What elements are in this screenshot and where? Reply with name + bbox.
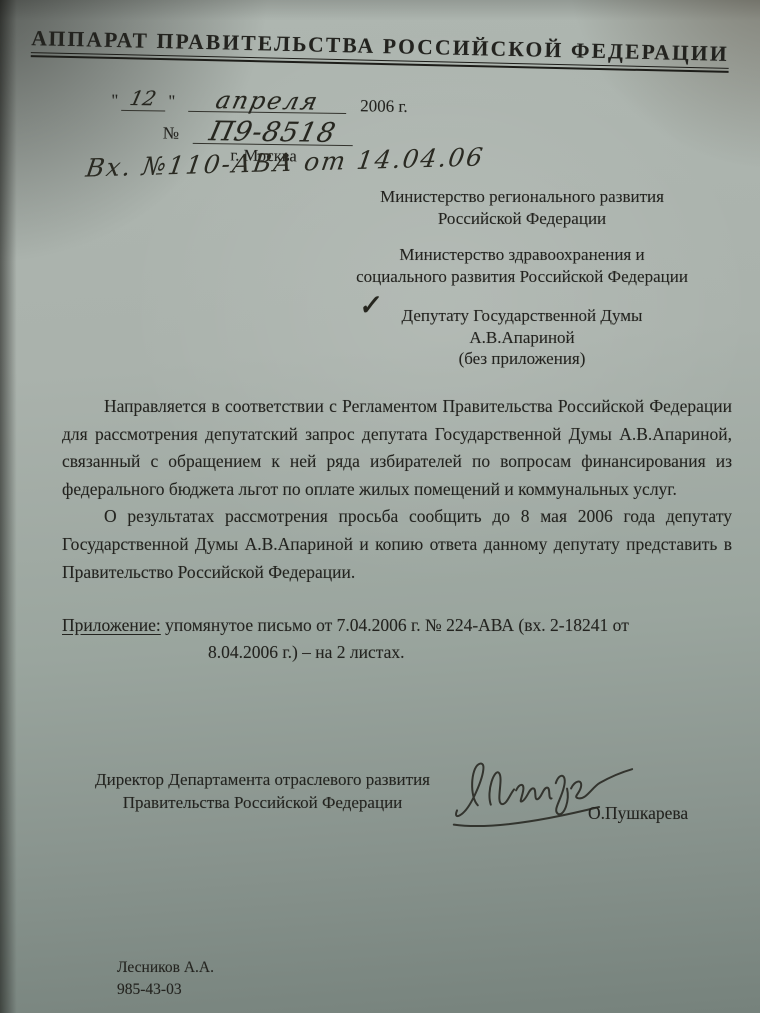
number-row: № П9-8518 <box>163 111 438 147</box>
body-paragraph-1: Направляется в соответствии с Регламенто… <box>62 393 732 503</box>
addressee-line: (без приложения) <box>306 348 738 370</box>
addressee-list: Министерство регионального развития Росс… <box>306 186 738 385</box>
letterhead-title: АППАРАТ ПРАВИТЕЛЬСТВА РОССИЙСКОЙ ФЕДЕРАЦ… <box>31 26 729 73</box>
addressee-line: Министерство регионального развития <box>306 186 738 208</box>
scanned-letter-page: АППАРАТ ПРАВИТЕЛЬСТВА РОССИЙСКОЙ ФЕДЕРАЦ… <box>0 0 760 1013</box>
date-row: " 12 " апреля 2006 г. <box>108 82 438 116</box>
addressee-line: Российской Федерации <box>306 208 738 230</box>
addressee-line: социального развития Российской Федераци… <box>306 266 738 288</box>
addressee-line: А.В.Апариной <box>306 327 738 349</box>
addressee-line: Министерство здравоохранения и <box>306 244 738 266</box>
signer-position-line: Правительства Российской Федерации <box>70 791 455 814</box>
day-underline: 12 <box>121 86 165 112</box>
number-sign: № <box>163 123 180 143</box>
month-underline: апреля <box>188 83 346 114</box>
signer-name: О.Пушкарева <box>588 803 688 824</box>
attachment-text-line2: 8.04.2006 г.) – на 2 листах. <box>62 639 732 666</box>
addressee-ministry-health: Министерство здравоохранения и социально… <box>306 244 738 287</box>
letter-body: Направляется в соответствии с Регламенто… <box>62 393 732 586</box>
executor-phone: 985-43-03 <box>117 979 214 1001</box>
addressee-ministry-regional: Министерство регионального развития Росс… <box>306 186 738 229</box>
body-paragraph-2: О результатах рассмотрения просьба сообщ… <box>62 503 732 586</box>
attachment-note: Приложение: упомянутое письмо от 7.04.20… <box>62 612 732 666</box>
addressee-deputy: ✓ Депутату Государственной Думы А.В.Апар… <box>306 305 738 370</box>
handwritten-month: апреля <box>213 86 322 115</box>
signer-position-line: Директор Департамента отраслевого развит… <box>70 768 455 791</box>
handwritten-day: 12 <box>128 86 159 110</box>
letterhead: АППАРАТ ПРАВИТЕЛЬСТВА РОССИЙСКОЙ ФЕДЕРАЦ… <box>0 25 760 73</box>
handwritten-number: П9-8518 <box>207 116 340 149</box>
number-underline: П9-8518 <box>193 112 353 146</box>
attachment-label: Приложение: <box>62 615 161 635</box>
quote-close: " <box>165 91 178 111</box>
executor-name: Лесников А.А. <box>117 957 214 979</box>
checkmark-annotation: ✓ <box>357 295 381 319</box>
year-label: 2006 г. <box>360 96 408 117</box>
quote-open: " <box>108 91 121 111</box>
footer-contact: Лесников А.А. 985-43-03 <box>117 957 214 1001</box>
attachment-text-line1: упомянутое письмо от 7.04.2006 г. № 224-… <box>165 615 629 635</box>
signer-position: Директор Департамента отраслевого развит… <box>70 768 455 814</box>
